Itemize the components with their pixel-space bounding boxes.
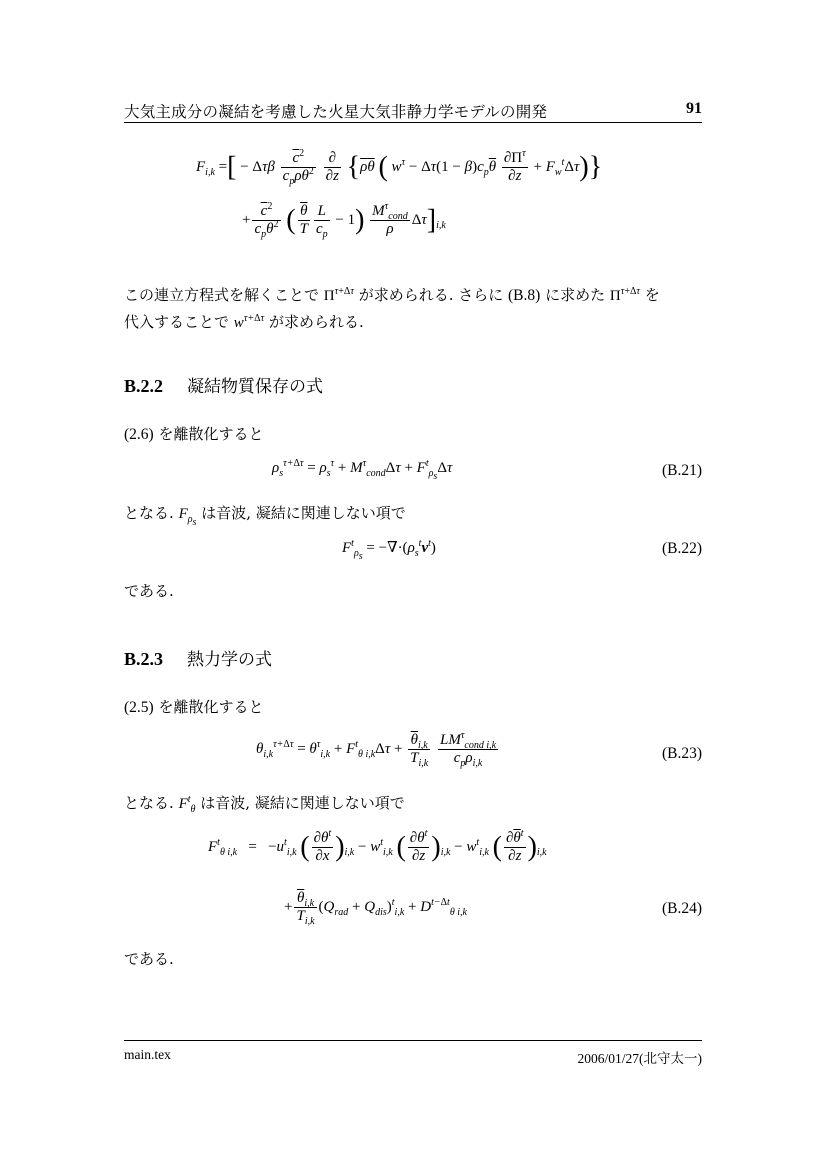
page-number: 91: [686, 100, 702, 118]
equation-f-ik-line2: +c2cpθ2 (θTLcp − 1) MτcondρΔτ]i,k: [242, 203, 446, 238]
equation-reference[interactable]: (B.8): [508, 287, 540, 304]
section-heading-b23: B.2.3熱力学の式: [124, 645, 272, 670]
paragraph-discretize-2-5: (2.5) を離散化すると: [124, 694, 264, 721]
equation-b21: ρsτ+Δτ = ρsτ + MτcondΔτ + FtρsΔτ: [272, 460, 452, 477]
paragraph-end-2: である.: [124, 946, 174, 972]
equation-b24-line1: Ftθ i,k = −uti,k (∂θt∂x)i,k − wti,k (∂θt…: [208, 830, 547, 865]
paragraph-f-theta: となる. Ftθ は音波, 凝結に関連しない項で: [124, 790, 405, 817]
running-header: 大気主成分の凝結を考慮した火星大気非静力学モデルの開発 91: [124, 98, 702, 123]
equation-reference[interactable]: (2.5): [124, 699, 154, 716]
paragraph-end-1: である.: [124, 578, 174, 604]
equation-b23: θi,kτ+Δτ = θτi,k + Ftθ i,kΔτ + θi,kTi,k …: [256, 732, 500, 767]
section-heading-b22: B.2.2凝結物質保存の式: [124, 372, 323, 397]
footer-rule: [124, 1040, 702, 1041]
equation-number-b24: (B.24): [662, 900, 702, 918]
equation-b24-line2: +θi,kTi,k(Qrad + Qdis)ti,k + Dt−Δtθ i,k: [284, 890, 467, 925]
equation-number-b21: (B.21): [662, 462, 702, 480]
paragraph-f-rho-s: となる. Fρs は音波, 凝結に関連しない項で: [124, 500, 406, 527]
footer-filename: main.tex: [124, 1047, 171, 1063]
footer-date-author: 2006/01/27(北守太一): [578, 1047, 703, 1067]
paragraph-discretize-2-6: (2.6) を離散化すると: [124, 421, 264, 448]
equation-number-b23: (B.23): [662, 745, 702, 763]
equation-number-b22: (B.22): [662, 540, 702, 558]
equation-reference[interactable]: (2.6): [124, 426, 154, 443]
paragraph-solution: この連立方程式を解くことで Πτ+Δτ が求められる. さらに (B.8) に求…: [124, 282, 714, 336]
header-title: 大気主成分の凝結を考慮した火星大気非静力学モデルの開発: [124, 100, 547, 122]
equation-f-ik-line1: Fi,k =[ − Δτβ c2cpρθ2 ∂∂z {ρθ ( wτ − Δτ(…: [196, 150, 602, 185]
equation-b22: Ftρs = −∇·(ρstvt): [342, 538, 436, 557]
